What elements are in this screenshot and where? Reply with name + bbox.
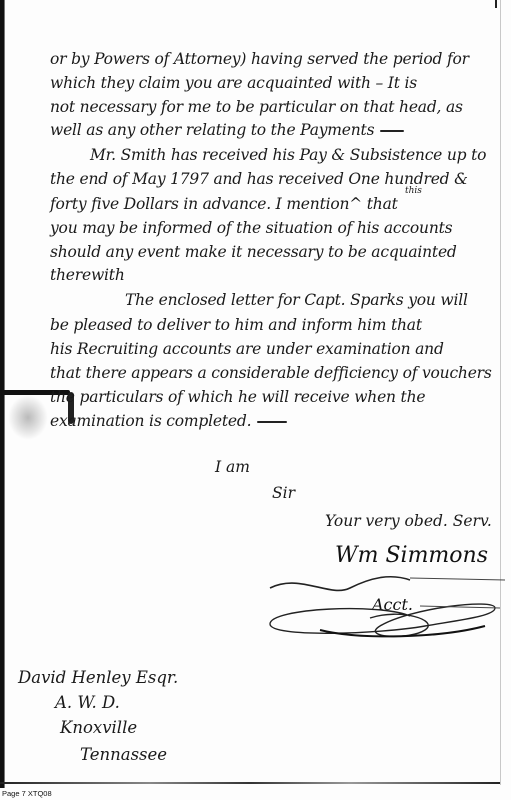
body-line-11: The enclosed letter for Capt. Sparks you… [125,291,468,309]
closing-sir: Sir [272,484,295,502]
closing-i-am: I am [215,458,250,476]
body-line-8: you may be informed of the situation of … [50,219,452,237]
body-line-9: should any event make it necessary to be… [50,243,457,261]
line-end-flourish [380,130,404,132]
body-line-12: be pleased to deliver to him and inform … [50,316,422,334]
body-line-2: which they claim you are acquainted with… [50,74,417,92]
body-line-10: therewith [50,266,125,284]
page-footer-label: Page 7 XTQ08 [2,789,52,798]
ink-smudge [8,395,48,440]
body-line-7: forty five Dollars in advance. I mention… [50,195,398,213]
addressee-city: Knoxville [60,718,137,737]
body-line-16-text: examination is completed. [50,412,251,430]
body-line-14: that there appears a considerable deffic… [50,364,492,382]
signature-name: Wm Simmons [335,543,488,568]
closing-your-servant: Your very obed. Serv. [325,512,492,530]
line-end-flourish [257,421,287,423]
addressee-title: A. W. D. [55,693,120,712]
body-line-13: his Recruiting accounts are under examin… [50,340,444,358]
page-right-edge [500,0,501,785]
body-line-4: well as any other relating to the Paymen… [50,121,404,139]
body-line-3: not necessary for me to be particular on… [50,98,463,116]
body-line-1: or by Powers of Attorney) having served … [50,50,469,68]
body-line-5: Mr. Smith has received his Pay & Subsist… [90,146,486,164]
body-line-15: the particulars of which he will receive… [50,388,425,406]
body-line-4-text: well as any other relating to the Paymen… [50,121,374,139]
body-line-16: examination is completed. [50,412,287,430]
manuscript-page: or by Powers of Attorney) having served … [0,0,511,800]
page-bottom-edge [0,782,500,784]
addressee-state: Tennassee [80,745,167,764]
signature-flourish-icon [260,568,505,638]
page-corner-mark [495,0,497,8]
interlinear-insertion: this [405,186,422,196]
addressee-name: David Henley Esqr. [18,668,178,687]
